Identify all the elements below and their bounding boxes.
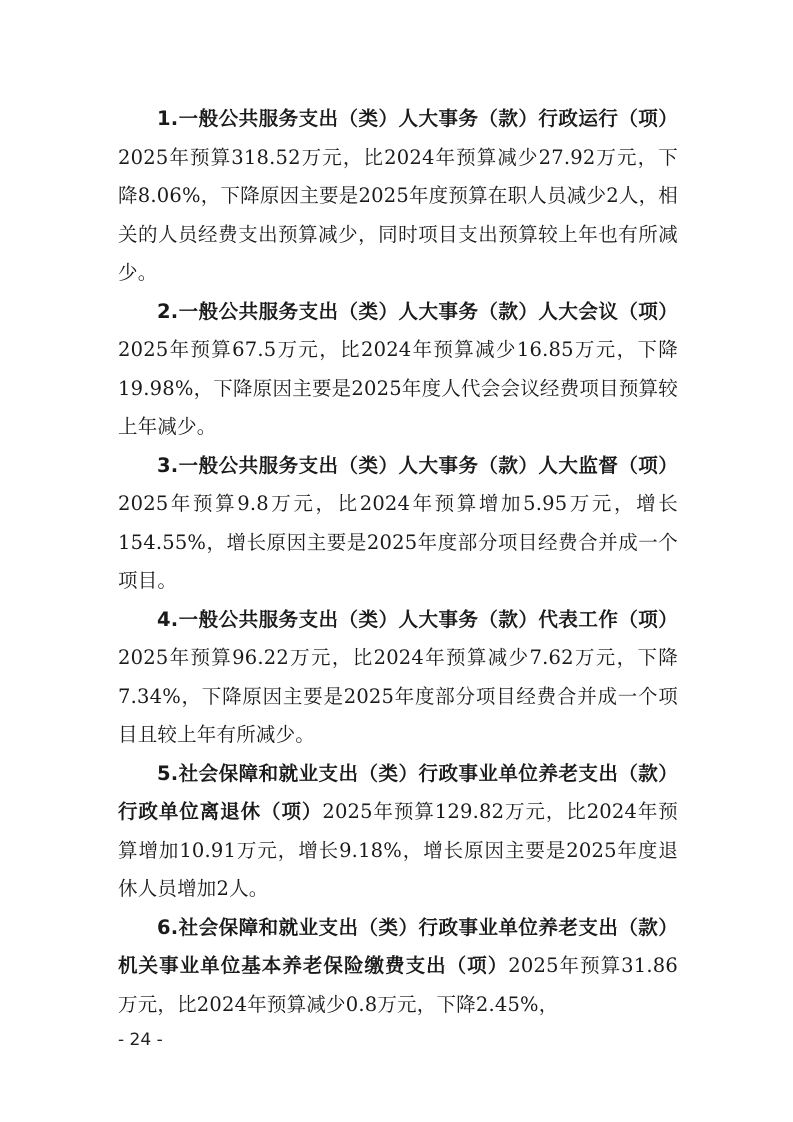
paragraph-item-6: 6.社会保障和就业支出（类）行政事业单位养老支出（款）机关事业单位基本养老保险缴… (118, 909, 678, 1025)
item-body: 2025年预算96.22万元，比2024年预算减少7.62万元，下降7.34%，… (118, 646, 678, 746)
item-body: 2025年预算9.8万元，比2024年预算增加5.95万元，增长154.55%，… (118, 492, 678, 592)
item-heading: 4.一般公共服务支出（类）人大事务（款）代表工作（项） (157, 608, 678, 631)
paragraph-item-4: 4.一般公共服务支出（类）人大事务（款）代表工作（项）2025年预算96.22万… (118, 601, 678, 755)
paragraph-item-3: 3.一般公共服务支出（类）人大事务（款）人大监督（项）2025年预算9.8万元，… (118, 447, 678, 601)
document-page: 1.一般公共服务支出（类）人大事务（款）行政运行（项）2025年预算318.52… (118, 100, 678, 1024)
paragraph-item-2: 2.一般公共服务支出（类）人大事务（款）人大会议（项）2025年预算67.5万元… (118, 293, 678, 447)
item-heading: 1.一般公共服务支出（类）人大事务（款）行政运行（项） (157, 107, 678, 130)
item-body: 2025年预算318.52万元，比2024年预算减少27.92万元，下降8.06… (118, 146, 678, 285)
item-body: 2025年预算67.5万元，比2024年预算减少16.85万元，下降19.98%… (118, 338, 678, 438)
paragraph-item-5: 5.社会保障和就业支出（类）行政事业单位养老支出（款）行政单位离退休（项）202… (118, 755, 678, 909)
item-heading: 2.一般公共服务支出（类）人大事务（款）人大会议（项） (157, 300, 678, 323)
paragraph-item-1: 1.一般公共服务支出（类）人大事务（款）行政运行（项）2025年预算318.52… (118, 100, 678, 293)
item-heading: 3.一般公共服务支出（类）人大事务（款）人大监督（项） (157, 454, 678, 477)
page-number: - 24 - (118, 1030, 163, 1050)
